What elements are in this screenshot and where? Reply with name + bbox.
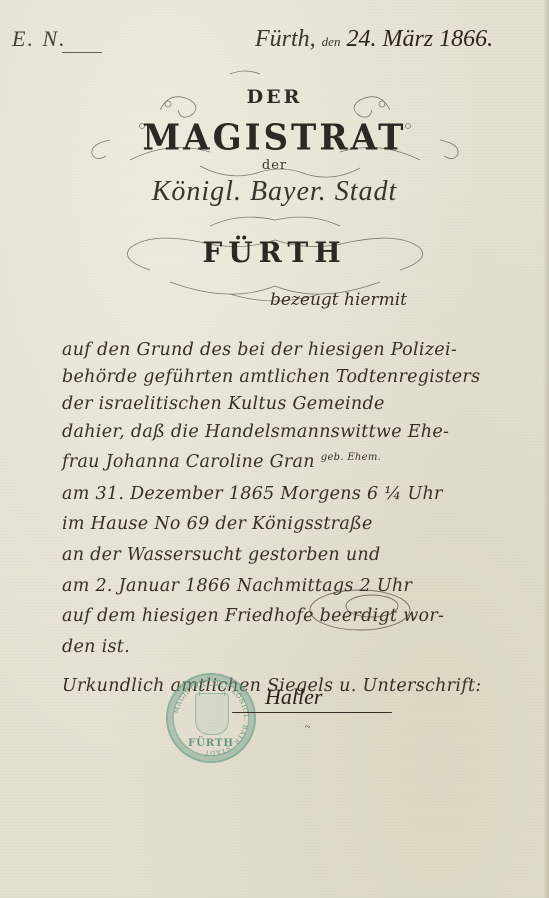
body-line-2: behörde geführten amtlichen Todtenregist… [62,367,480,387]
certify-phrase: bezeugt hiermit [270,290,407,310]
letterhead-der-small: der [0,158,549,173]
body-line-3: der israelitischen Kultus Gemeinde [62,394,385,414]
place-and-date: Fürth, den 24. März 1866. [255,26,493,53]
body-line-4: dahier, daß die Handelsmannswittwe Ehe- [62,422,449,442]
body-line-5: frau Johanna Caroline Gran geb. Ehem. [62,452,381,472]
body-line-10: auf dem hiesigen Friedhofe beerdigt wor- [62,606,444,626]
letterhead-city-title: Königl. Bayer. Stadt [0,176,549,208]
coat-of-arms-icon [195,693,229,735]
body-line-1: auf den Grund des bei der hiesigen Poliz… [62,340,457,360]
body-line-6: am 31. Dezember 1865 Morgens 6 ¼ Uhr [62,484,443,504]
reference-underline [62,52,102,53]
body-line-8: an der Wassersucht gestorben und [62,545,380,565]
date: 24. März 1866. [346,26,493,52]
seal-center-text: FÜRTH [168,738,254,749]
body-line-7: im Hause No 69 der Königsstraße [62,514,373,534]
signature-underline [232,712,392,713]
signature: Haller [265,684,322,710]
signature-mark: ~ [305,722,310,733]
body-line-9: am 2. Januar 1866 Nachmittags 2 Uhr [62,576,412,596]
letterhead-magistrat: MAGISTRAT [0,117,549,159]
body-line-11: den ist. [62,637,130,657]
reference-mark: E. N. [12,26,67,52]
date-prefix: den [322,34,341,49]
place: Fürth, [255,26,316,52]
document-page: E. N. Fürth, den 24. März 1866. DE [0,0,549,898]
deceased-name: frau Johanna Caroline Gran [62,452,315,472]
letterhead-der: DER [0,86,549,108]
letterhead-fuerth: FÜRTH [0,236,549,269]
official-seal: MAGISTRAT DER KÖNIGL. BAYR. STADT FÜRTH [166,673,256,763]
margin-note: geb. Ehem. [321,452,381,463]
